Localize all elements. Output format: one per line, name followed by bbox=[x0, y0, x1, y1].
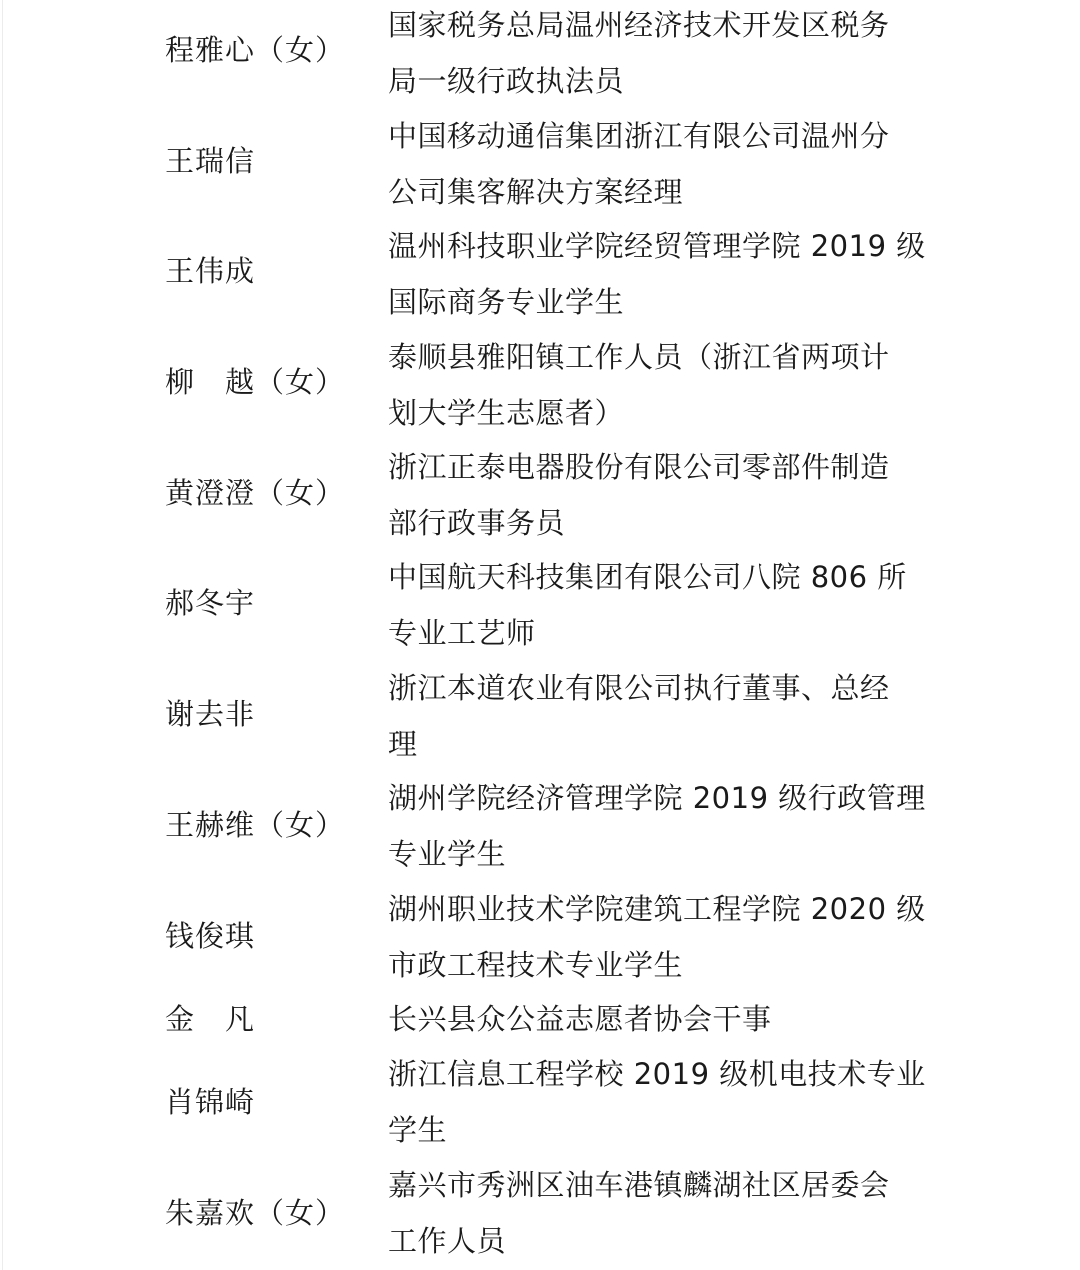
person-name: 朱嘉欢（女） bbox=[165, 1193, 345, 1233]
description-line: 专业工艺师 bbox=[388, 605, 948, 661]
person-description: 浙江本道农业有限公司执行董事、总经 理 bbox=[388, 660, 948, 772]
description-line: 国际商务专业学生 bbox=[388, 274, 948, 330]
person-description: 温州科技职业学院经贸管理学院 2019 级 国际商务专业学生 bbox=[388, 218, 948, 330]
person-description: 嘉兴市秀洲区油车港镇麟湖社区居委会 工作人员 bbox=[388, 1157, 948, 1269]
description-line: 长兴县众公益志愿者协会干事 bbox=[388, 991, 948, 1047]
description-line: 工作人员 bbox=[388, 1213, 948, 1269]
description-line: 划大学生志愿者） bbox=[388, 385, 948, 441]
description-line: 公司集客解决方案经理 bbox=[388, 164, 948, 220]
person-name: 谢去非 bbox=[165, 694, 255, 734]
description-line: 温州科技职业学院经贸管理学院 2019 级 bbox=[388, 218, 948, 274]
person-description: 湖州学院经济管理学院 2019 级行政管理 专业学生 bbox=[388, 770, 948, 882]
person-description: 国家税务总局温州经济技术开发区税务 局一级行政执法员 bbox=[388, 0, 948, 109]
person-name: 肖锦崎 bbox=[165, 1082, 255, 1122]
person-name: 钱俊琪 bbox=[165, 916, 255, 956]
person-description: 浙江正泰电器股份有限公司零部件制造 部行政事务员 bbox=[388, 439, 948, 551]
description-line: 嘉兴市秀洲区油车港镇麟湖社区居委会 bbox=[388, 1157, 948, 1213]
page-edge-divider bbox=[2, 0, 3, 1270]
description-line: 学生 bbox=[388, 1102, 948, 1158]
description-line: 局一级行政执法员 bbox=[388, 53, 948, 109]
description-line: 浙江信息工程学校 2019 级机电技术专业 bbox=[388, 1046, 948, 1102]
person-name: 黄澄澄（女） bbox=[165, 473, 345, 513]
description-line: 部行政事务员 bbox=[388, 495, 948, 551]
person-description: 长兴县众公益志愿者协会干事 bbox=[388, 991, 948, 1047]
person-name: 王伟成 bbox=[165, 251, 255, 291]
person-name: 王瑞信 bbox=[165, 141, 255, 181]
person-name: 柳 越（女） bbox=[165, 362, 345, 402]
description-line: 湖州学院经济管理学院 2019 级行政管理 bbox=[388, 770, 948, 826]
person-description: 中国移动通信集团浙江有限公司温州分 公司集客解决方案经理 bbox=[388, 108, 948, 220]
description-line: 国家税务总局温州经济技术开发区税务 bbox=[388, 0, 948, 53]
description-line: 中国移动通信集团浙江有限公司温州分 bbox=[388, 108, 948, 164]
description-line: 浙江本道农业有限公司执行董事、总经 bbox=[388, 660, 948, 716]
person-name: 郝冬宇 bbox=[165, 583, 255, 623]
description-line: 中国航天科技集团有限公司八院 806 所 bbox=[388, 549, 948, 605]
person-description: 湖州职业技术学院建筑工程学院 2020 级 市政工程技术专业学生 bbox=[388, 881, 948, 993]
description-line: 专业学生 bbox=[388, 826, 948, 882]
description-line: 湖州职业技术学院建筑工程学院 2020 级 bbox=[388, 881, 948, 937]
person-name: 程雅心（女） bbox=[165, 30, 345, 70]
person-name: 王赫维（女） bbox=[165, 805, 345, 845]
person-description: 中国航天科技集团有限公司八院 806 所 专业工艺师 bbox=[388, 549, 948, 661]
person-description: 泰顺县雅阳镇工作人员（浙江省两项计 划大学生志愿者） bbox=[388, 329, 948, 441]
description-line: 市政工程技术专业学生 bbox=[388, 937, 948, 993]
person-name: 金 凡 bbox=[165, 999, 255, 1039]
person-description: 浙江信息工程学校 2019 级机电技术专业 学生 bbox=[388, 1046, 948, 1158]
description-line: 泰顺县雅阳镇工作人员（浙江省两项计 bbox=[388, 329, 948, 385]
description-line: 浙江正泰电器股份有限公司零部件制造 bbox=[388, 439, 948, 495]
description-line: 理 bbox=[388, 716, 948, 772]
